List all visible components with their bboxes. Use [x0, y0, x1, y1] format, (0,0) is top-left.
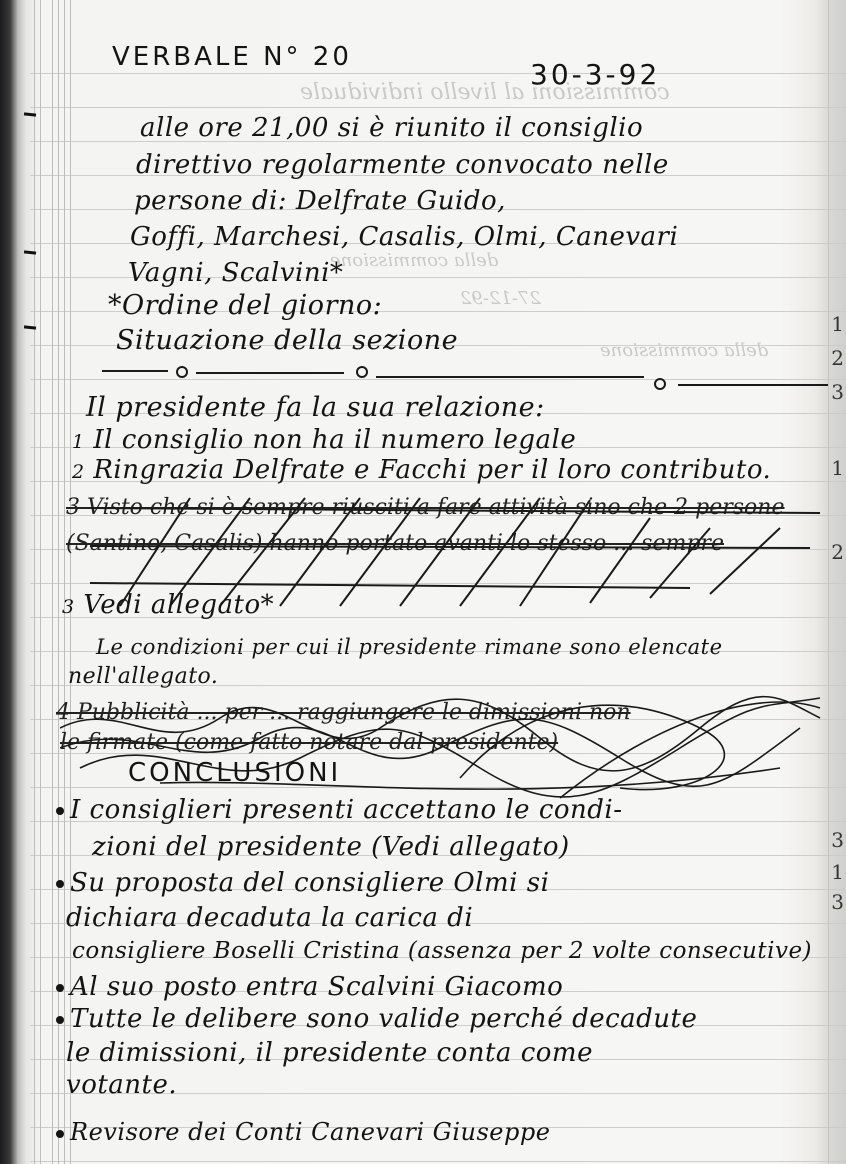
page-edge	[34, 0, 35, 1164]
notebook-page: commissioni al livello individuale della…	[0, 0, 846, 1164]
conclusion-item: I consiglieri presenti accettano le cond…	[56, 795, 623, 825]
page-edge-right	[828, 0, 829, 1164]
point-number: 3	[66, 495, 80, 520]
point-text: Vedi allegato*	[83, 590, 274, 620]
report-point: 1 Il consiglio non ha il numero legale	[72, 425, 576, 455]
minutes-title: VERBALE N° 20	[112, 42, 352, 72]
report-note: nell'allegato.	[68, 664, 218, 689]
opening-line: persone di: Delfrate Guido,	[134, 186, 506, 216]
page-edge	[40, 0, 41, 1164]
separator-dot	[176, 366, 188, 378]
point-number: 1	[72, 431, 85, 453]
conclusion-line: Su proposta del consigliere Olmi si	[70, 868, 549, 898]
bullet-icon	[56, 807, 64, 815]
struck-line: Pubblicità ... per ... raggiungere le di…	[77, 700, 631, 725]
point-text: Il consiglio non ha il numero legale	[93, 425, 576, 455]
margin-tick	[24, 325, 36, 329]
conclusion-item: Revisore dei Conti Canevari Giuseppe	[56, 1118, 550, 1146]
conclusion-line: Revisore dei Conti Canevari Giuseppe	[70, 1118, 550, 1146]
opening-line: Goffi, Marchesi, Casalis, Olmi, Canevari	[130, 222, 678, 252]
struck-paragraph: le firmate (come fatto notare dal presid…	[60, 730, 558, 755]
conclusion-line: Tutte le delibere sono valide perché dec…	[70, 1004, 697, 1034]
margin-digit: 2	[831, 346, 844, 370]
opening-line: direttivo regolarmente convocato nelle	[136, 150, 669, 180]
conclusion-line: I consiglieri presenti accettano le cond…	[70, 795, 623, 825]
conclusions-title: CONCLUSIONI	[128, 758, 341, 788]
margin-digit: 1	[831, 312, 844, 336]
margin-digit: 1	[831, 860, 844, 884]
struck-point: 3 Visto che si è sempre riusciti a fare …	[66, 490, 826, 562]
separator-dot	[654, 378, 666, 390]
report-point: 3 Vedi allegato*	[62, 590, 274, 620]
report-point: 2 Ringrazia Delfrate e Facchi per il lor…	[72, 455, 771, 485]
conclusion-line: zioni del presidente (Vedi allegato)	[92, 832, 570, 862]
separator-line	[196, 372, 344, 374]
report-intro: Il presidente fa la sua relazione:	[86, 392, 545, 423]
bullet-icon	[56, 1016, 64, 1024]
conclusion-item: Su proposta del consigliere Olmi si	[56, 868, 549, 898]
minutes-date: 30-3-92	[530, 58, 660, 91]
point-number: 2	[72, 461, 85, 483]
conclusion-item: Al suo posto entra Scalvini Giacomo	[56, 972, 563, 1002]
conclusion-line: dichiara decaduta la carica di	[66, 903, 473, 933]
opening-line: alle ore 21,00 si è riunito il consiglio	[140, 113, 643, 143]
point-text: Ringrazia Delfrate e Facchi per il loro …	[93, 455, 771, 485]
bleed-through-text: della commissione	[600, 340, 768, 361]
report-note: Le condizioni per cui il presidente rima…	[96, 635, 723, 659]
conclusion-item: Tutte le delibere sono valide perché dec…	[56, 1004, 697, 1034]
separator-line	[376, 376, 644, 378]
conclusion-line: Al suo posto entra Scalvini Giacomo	[70, 972, 563, 1002]
margin-digit: 3	[831, 380, 844, 404]
bullet-icon	[56, 1130, 64, 1138]
margin-digit: 3	[831, 890, 844, 914]
opening-line: Vagni, Scalvini*	[128, 258, 343, 288]
point-number: 4	[56, 700, 70, 725]
bleed-through-text: della commissione	[330, 250, 498, 271]
point-text-struck: Visto che si è sempre riusciti a fare at…	[66, 495, 784, 556]
margin-digit: 2	[831, 540, 844, 564]
margin-tick	[24, 250, 36, 254]
bullet-icon	[56, 984, 64, 992]
margin-tick	[24, 112, 36, 116]
margin-digit: 1	[831, 456, 844, 480]
margin-digit: 3	[831, 828, 844, 852]
point-number: 3	[62, 596, 75, 618]
struck-paragraph: 4 Pubblicità ... per ... raggiungere le …	[56, 700, 631, 725]
separator-line	[678, 384, 828, 386]
conclusion-line: votante.	[66, 1070, 177, 1100]
page-edge	[52, 0, 53, 1164]
agenda-item: Situazione della sezione	[116, 325, 458, 356]
bleed-through-text: 27-12-92	[460, 288, 541, 309]
conclusion-line: le dimissioni, il presidente conta come	[66, 1038, 593, 1068]
bullet-icon	[56, 880, 64, 888]
separator-line	[102, 370, 168, 372]
conclusion-line: consigliere Boselli Cristina (assenza pe…	[72, 938, 812, 964]
separator-dot	[356, 366, 368, 378]
agenda-label: *Ordine del giorno:	[108, 290, 382, 321]
